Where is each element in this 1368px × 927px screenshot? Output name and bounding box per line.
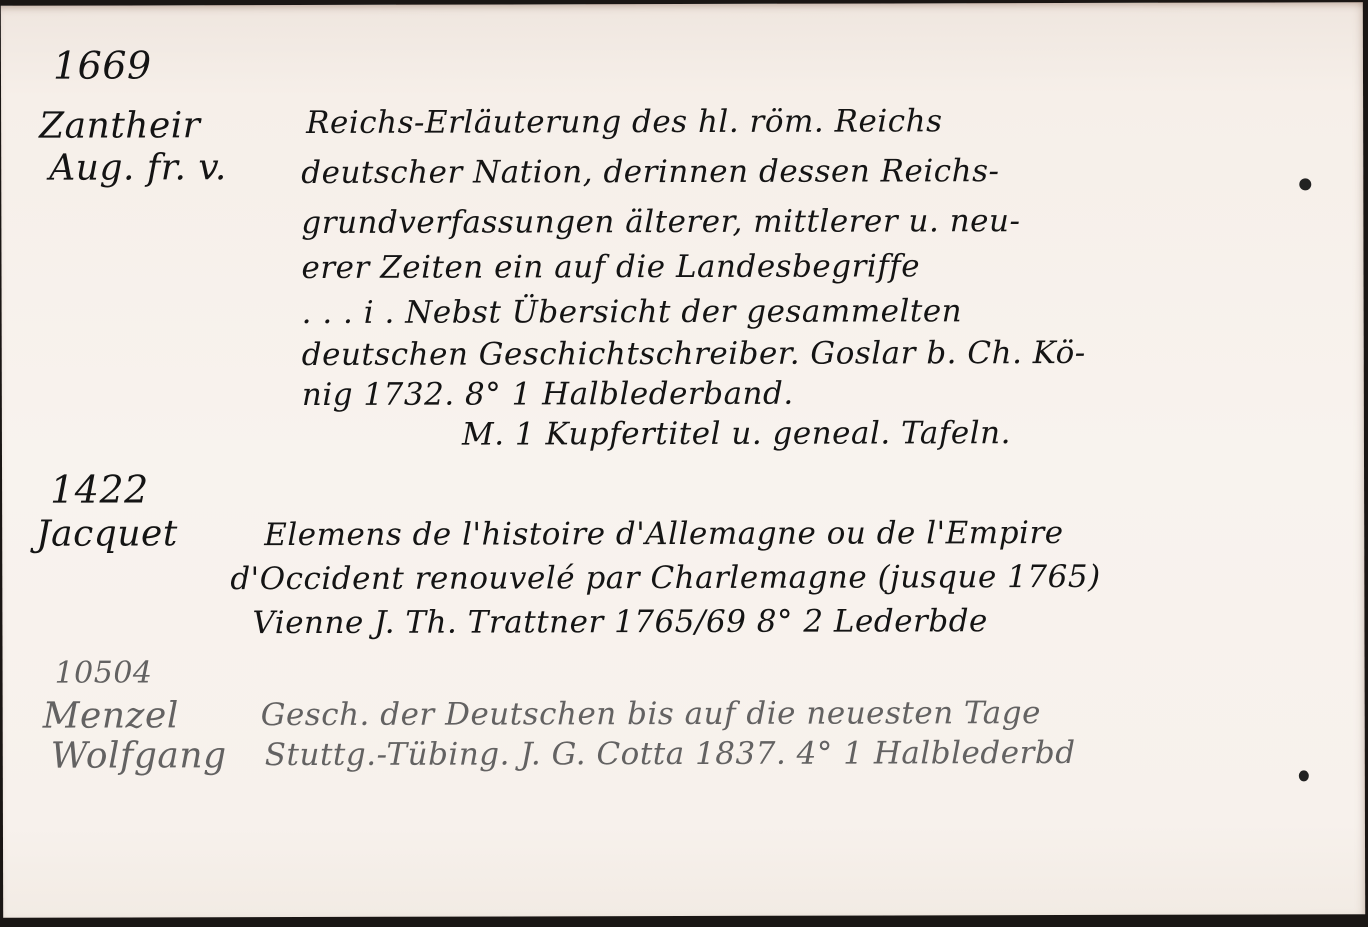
title-line: d'Occident renouvelé par Charlemagne (ju…	[230, 559, 1100, 597]
catalog-card: 1669 Zantheir Aug. fr. v. Reichs-Erläute…	[1, 2, 1365, 918]
entry-number: 1669	[53, 43, 152, 87]
note-line: M. 1 Kupfertitel u. geneal. Tafeln.	[462, 415, 1011, 452]
ink-blot	[1299, 178, 1311, 190]
title-line: . . . i . Nebst Übersicht der gesammelte…	[302, 293, 963, 331]
ink-blot	[1299, 770, 1309, 781]
author-given-name: Aug. fr. v.	[49, 147, 227, 188]
imprint-line: nig 1732. 8° 1 Halblederband.	[302, 376, 794, 413]
title-line: erer Zeiten ein auf die Landesbegriffe	[301, 248, 920, 286]
title-line: deutschen Geschichtschreiber. Goslar b. …	[302, 335, 1086, 373]
author-name: Zantheir	[39, 105, 200, 146]
author-given-name: Wolfgang	[51, 735, 227, 776]
entry-number: 10504	[55, 655, 153, 690]
entry-number: 1422	[50, 467, 149, 511]
title-line: Elemens de l'histoire d'Allemagne ou de …	[264, 515, 1064, 553]
title-line: Gesch. der Deutschen bis auf die neueste…	[261, 695, 1041, 733]
imprint-line: Stuttg.-Tübing. J. G. Cotta 1837. 4° 1 H…	[265, 735, 1076, 773]
author-name: Menzel	[43, 695, 179, 736]
author-name: Jacquet	[36, 513, 178, 554]
title-line: deutscher Nation, derinnen dessen Reichs…	[301, 153, 999, 191]
title-line: Reichs-Erläuterung des hl. röm. Reichs	[306, 103, 942, 141]
imprint-line: Vienne J. Th. Trattner 1765/69 8° 2 Lede…	[252, 603, 988, 641]
title-line: grundverfassungen älterer, mittlerer u. …	[301, 203, 1020, 241]
